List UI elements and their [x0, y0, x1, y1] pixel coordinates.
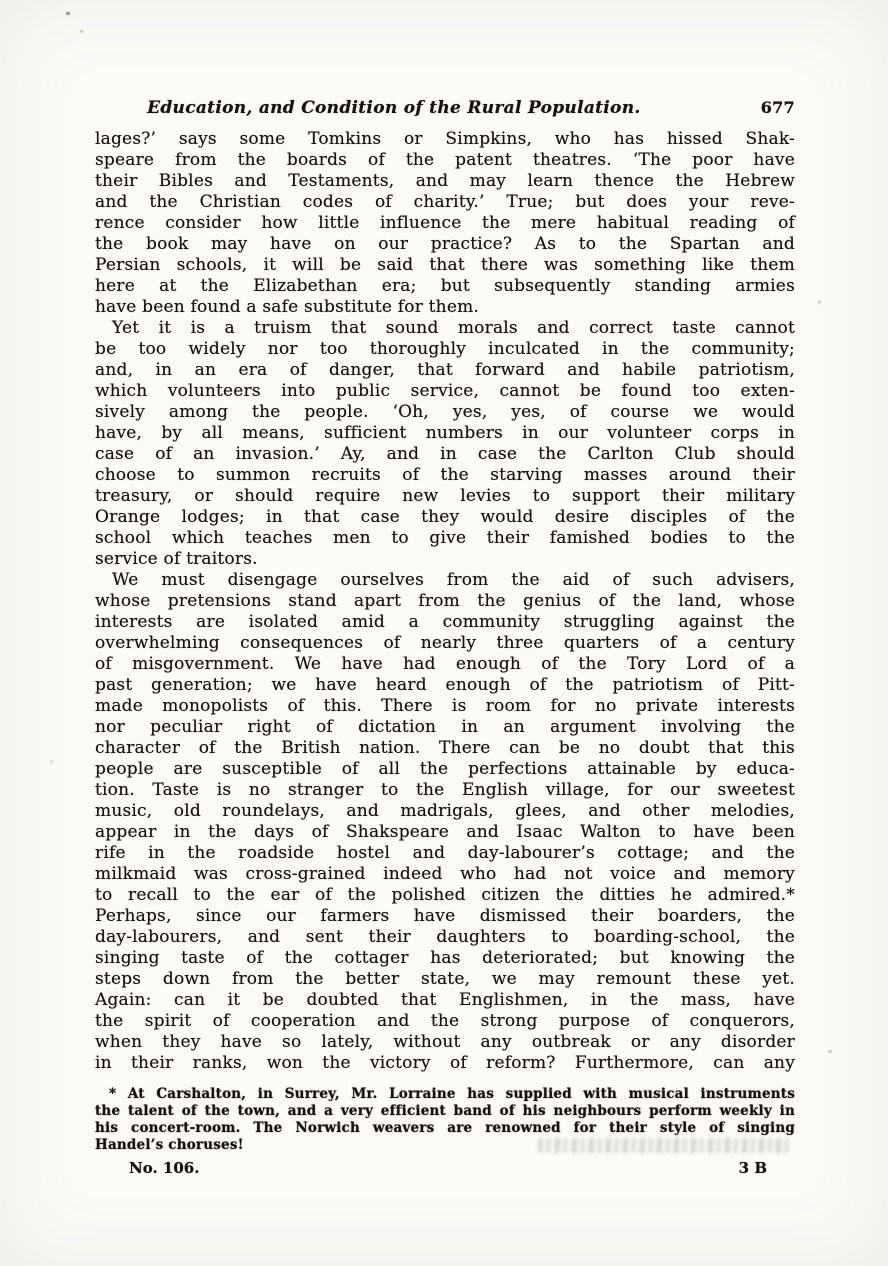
- body-text: lages?’ says some Tomkins or Simpkins, w…: [95, 129, 795, 1074]
- text-line: have been found a safe substitute for th…: [95, 297, 795, 318]
- text-line: have, by all means, sufficient numbers i…: [95, 423, 795, 444]
- text-line: singing taste of the cottager has deteri…: [95, 948, 795, 969]
- text-line: day-labourers, and sent their daughters …: [95, 927, 795, 948]
- scan-speck: [50, 760, 53, 763]
- text-line: Persian schools, it will be said that th…: [95, 255, 795, 276]
- text-line: case of an invasion.’ Ay, and in case th…: [95, 444, 795, 465]
- text-line: rife in the roadside hostel and day-labo…: [95, 843, 795, 864]
- scan-speck: [66, 12, 70, 15]
- text-line: interests are isolated amid a community …: [95, 612, 795, 633]
- text-line: whose pretensions stand apart from the g…: [95, 591, 795, 612]
- text-line: milkmaid was cross-grained indeed who ha…: [95, 864, 795, 885]
- text-line: the book may have on our practice? As to…: [95, 234, 795, 255]
- text-line: steps down from the better state, we may…: [95, 969, 795, 990]
- scan-speck: [818, 300, 821, 304]
- text-line: music, old roundelays, and madrigals, gl…: [95, 801, 795, 822]
- scan-speck: [80, 30, 83, 33]
- text-line: overwhelming consequences of nearly thre…: [95, 633, 795, 654]
- text-line: be too widely nor too thoroughly inculca…: [95, 339, 795, 360]
- text-line: made monopolists of this. There is room …: [95, 696, 795, 717]
- text-line: character of the British nation. There c…: [95, 738, 795, 759]
- text-line: rence consider how little influence the …: [95, 213, 795, 234]
- page-number: 677: [761, 98, 795, 117]
- text-line: the spirit of cooperation and the strong…: [95, 1011, 795, 1032]
- text-line: and the Christian codes of charity.’ Tru…: [95, 192, 795, 213]
- text-line: and, in an era of danger, that forward a…: [95, 360, 795, 381]
- text-line: speare from the boards of the patent the…: [95, 150, 795, 171]
- text-line: Orange lodges; in that case they would d…: [95, 507, 795, 528]
- text-line: We must disengage ourselves from the aid…: [95, 570, 795, 591]
- text-line: tion. Taste is no stranger to the Englis…: [95, 780, 795, 801]
- text-line: * At Carshalton, in Surrey, Mr. Lorraine…: [95, 1086, 795, 1103]
- text-line: when they have so lately, without any ou…: [95, 1032, 795, 1053]
- text-line: people are susceptible of all the perfec…: [95, 759, 795, 780]
- paragraph-disengage: We must disengage ourselves from the aid…: [95, 570, 795, 1074]
- page-footer: No. 106. 3 B: [95, 1159, 795, 1177]
- text-line: past generation; we have heard enough of…: [95, 675, 795, 696]
- text-line: appear in the days of Shakspeare and Isa…: [95, 822, 795, 843]
- running-head-title: Education, and Condition of the Rural Po…: [95, 98, 761, 118]
- text-line: Perhaps, since our farmers have dismisse…: [95, 906, 795, 927]
- text-line: his concert-room. The Norwich weavers ar…: [95, 1120, 795, 1137]
- text-line: Yet it is a truism that sound morals and…: [95, 318, 795, 339]
- running-head: Education, and Condition of the Rural Po…: [95, 98, 795, 118]
- text-line: of misgovernment. We have had enough of …: [95, 654, 795, 675]
- text-line: sively among the people. ‘Oh, yes, yes, …: [95, 402, 795, 423]
- signature-mark: 3 B: [739, 1159, 767, 1177]
- document-page: Education, and Condition of the Rural Po…: [0, 0, 888, 1266]
- text-line: the talent of the town, and a very effic…: [95, 1103, 795, 1120]
- text-column: Education, and Condition of the Rural Po…: [95, 98, 795, 1177]
- text-line: choose to summon recruits of the starvin…: [95, 465, 795, 486]
- paragraph-truism: Yet it is a truism that sound morals and…: [95, 318, 795, 570]
- issue-number: No. 106.: [129, 1159, 199, 1177]
- text-line: which volunteers into public service, ca…: [95, 381, 795, 402]
- text-line: service of traitors.: [95, 549, 795, 570]
- text-line: treasury, or should require new levies t…: [95, 486, 795, 507]
- text-line: nor peculiar right of dictation in an ar…: [95, 717, 795, 738]
- text-line: in their ranks, won the victory of refor…: [95, 1053, 795, 1074]
- paragraph-continuation: lages?’ says some Tomkins or Simpkins, w…: [95, 129, 795, 318]
- text-line: their Bibles and Testaments, and may lea…: [95, 171, 795, 192]
- text-line: lages?’ says some Tomkins or Simpkins, w…: [95, 129, 795, 150]
- text-line: here at the Elizabethan era; but subsequ…: [95, 276, 795, 297]
- text-line: school which teaches men to give their f…: [95, 528, 795, 549]
- scan-speck: [828, 1050, 832, 1053]
- text-line: Again: can it be doubted that Englishmen…: [95, 990, 795, 1011]
- ink-smudge: [538, 1138, 790, 1153]
- text-line: to recall to the ear of the polished cit…: [95, 885, 795, 906]
